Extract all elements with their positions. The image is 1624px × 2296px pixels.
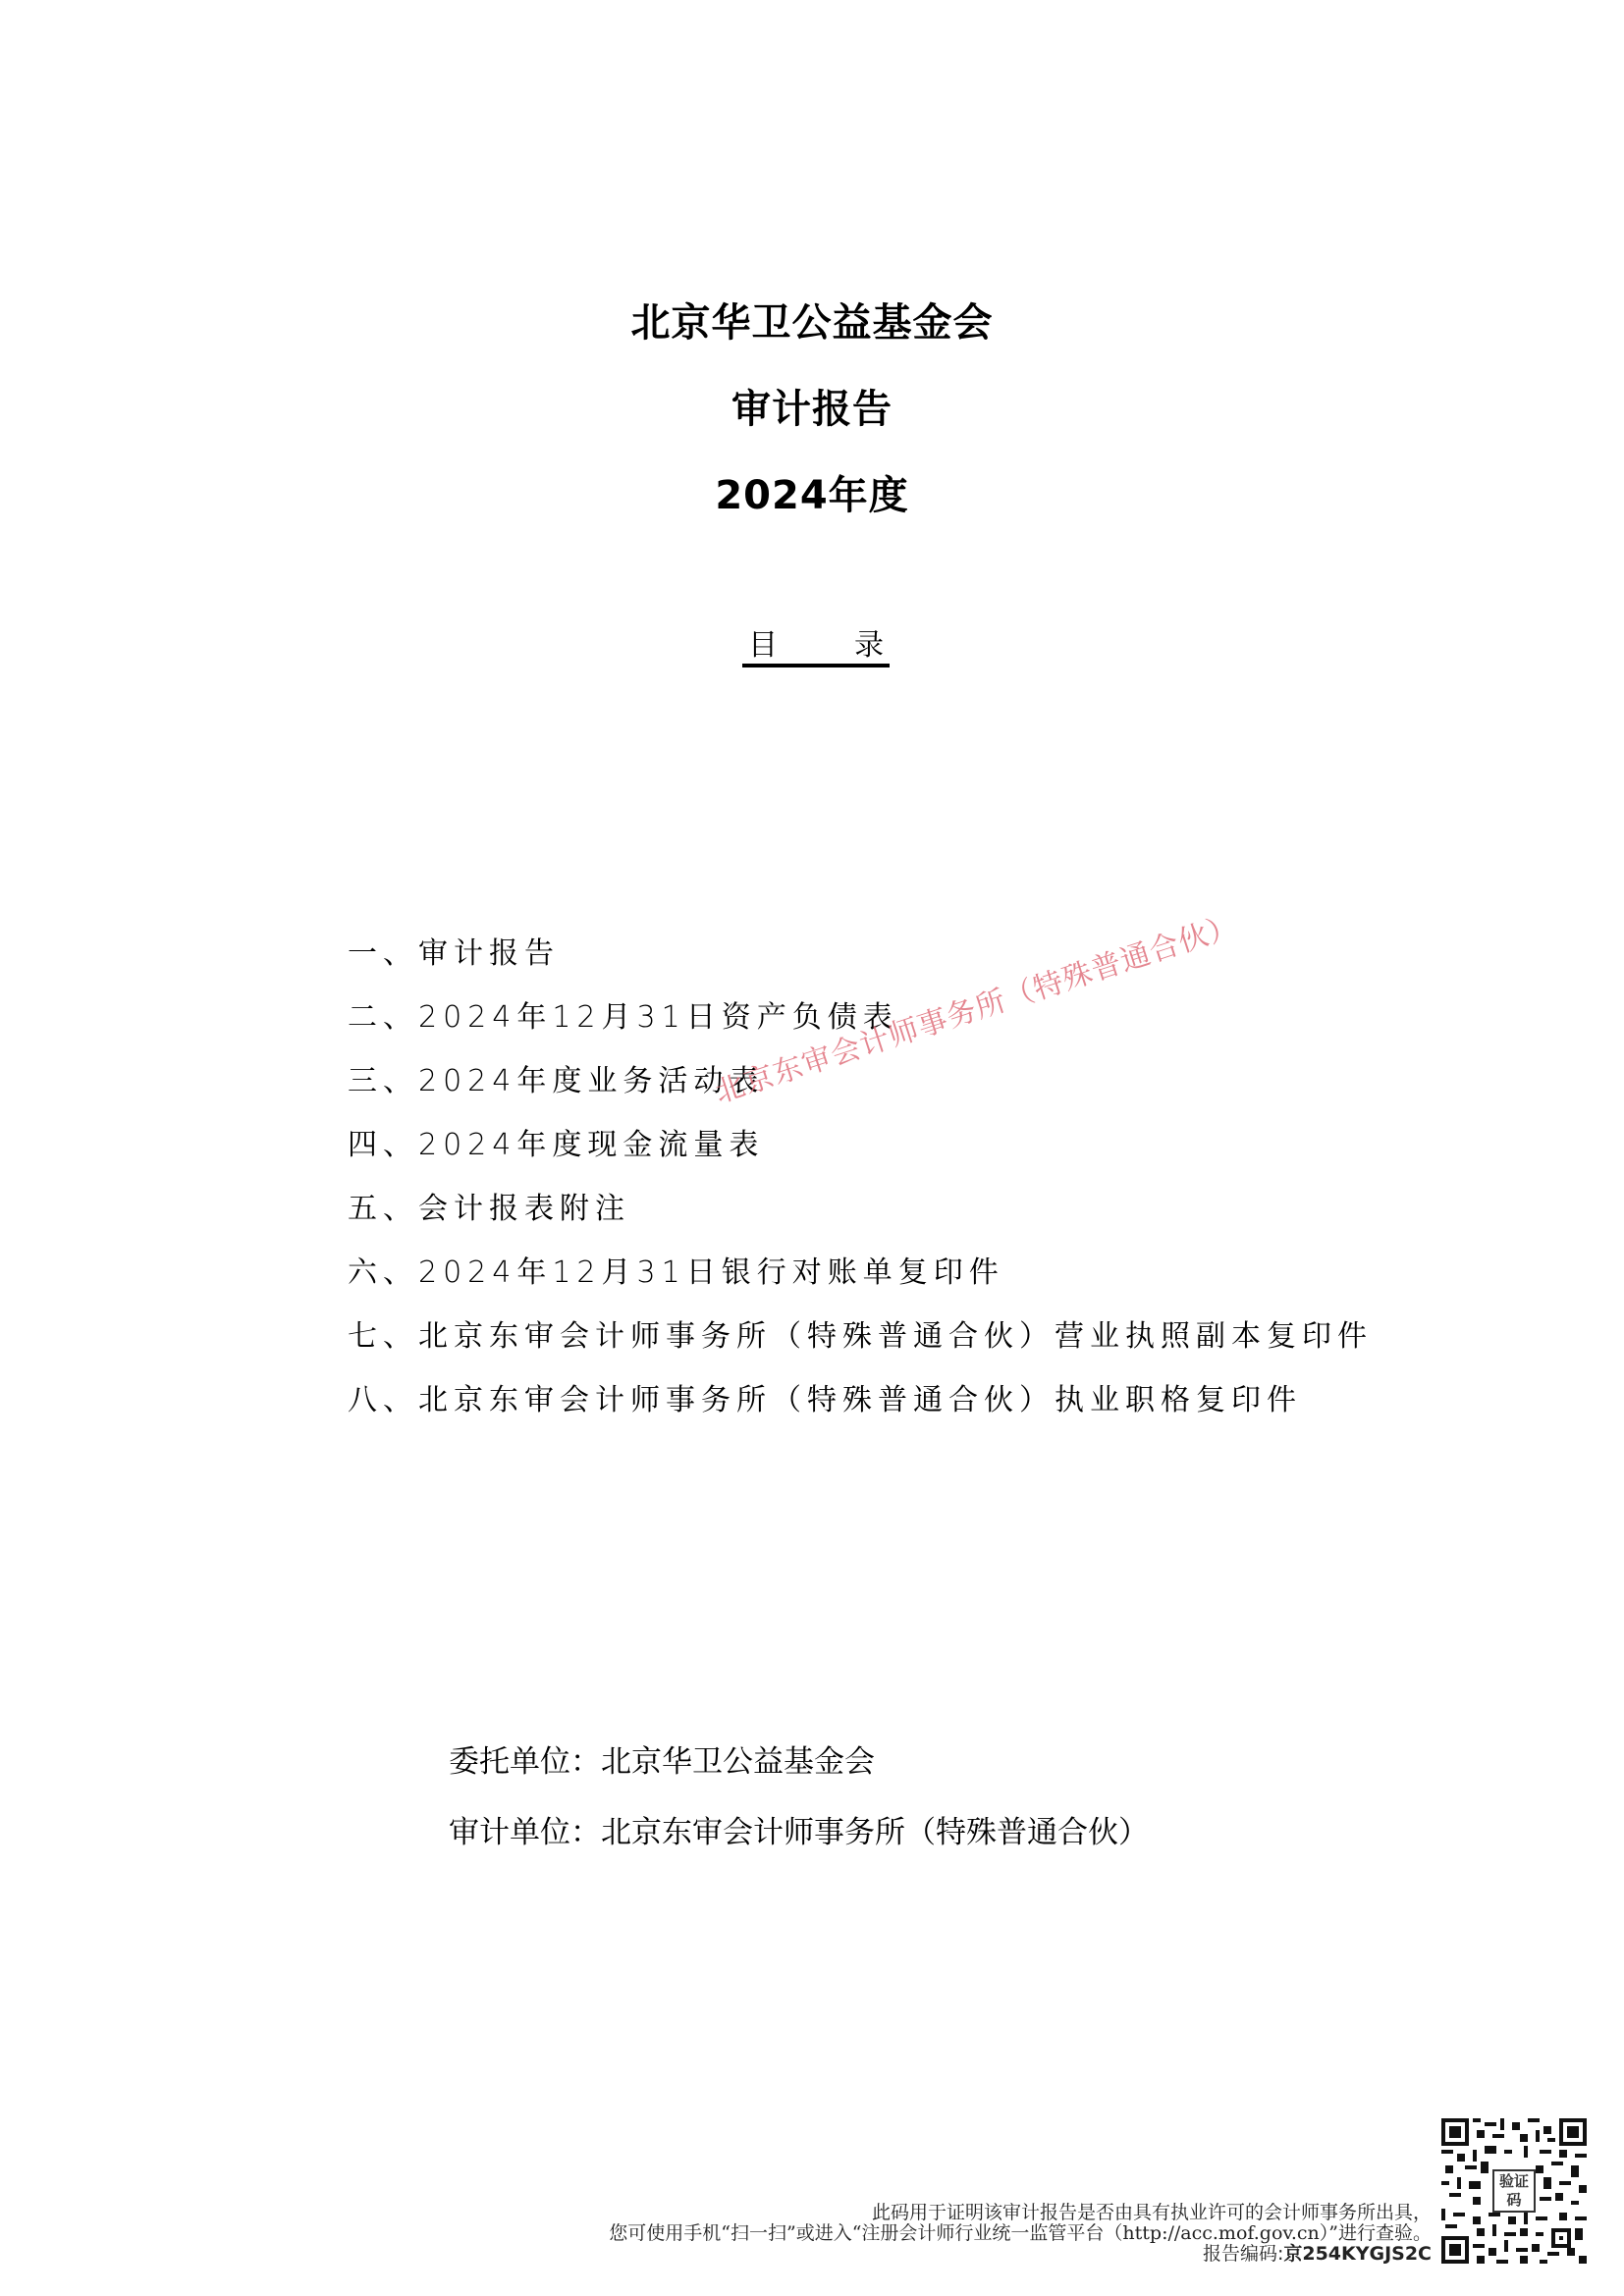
verification-qr-code[interactable]: 验证码 — [1441, 2118, 1587, 2264]
toc-heading-left: 目 — [748, 628, 778, 664]
report-code-label: 报告编码: — [1203, 2243, 1283, 2265]
toc-heading: 目 录 — [742, 628, 890, 667]
toc-item: 四、2024年度现金流量表 — [348, 1126, 1373, 1190]
parties-block: 委托单位：北京华卫公益基金会 审计单位：北京东审会计师事务所（特殊普通合伙） — [449, 1742, 1149, 1884]
organization-title: 北京华卫公益基金会 — [0, 299, 1624, 347]
client-label: 委托单位： — [449, 1744, 601, 1780]
auditor-label: 审计单位： — [449, 1815, 601, 1850]
toc-heading-right: 录 — [854, 628, 884, 664]
qr-verify-badge: 验证码 — [1492, 2169, 1536, 2213]
toc-item: 六、2024年12月31日银行对账单复印件 — [348, 1254, 1373, 1317]
report-code-value: 京254KYGJS2C — [1283, 2243, 1432, 2265]
auditor-row: 审计单位：北京东审会计师事务所（特殊普通合伙） — [449, 1813, 1149, 1884]
auditor-value: 北京东审会计师事务所（特殊普通合伙） — [601, 1815, 1149, 1850]
toc-item: 三、2024年度业务活动表 — [348, 1062, 1373, 1126]
verification-line-1: 此码用于证明该审计报告是否由具有执业许可的会计师事务所出具， — [609, 2203, 1432, 2223]
table-of-contents: 一、审计报告 二、2024年12月31日资产负债表 三、2024年度业务活动表 … — [348, 934, 1373, 1445]
verification-notice: 此码用于证明该审计报告是否由具有执业许可的会计师事务所出具， 您可使用手机“扫一… — [609, 2203, 1432, 2265]
client-value: 北京华卫公益基金会 — [601, 1744, 875, 1780]
report-type-title: 审计报告 — [0, 386, 1624, 433]
client-row: 委托单位：北京华卫公益基金会 — [449, 1742, 1149, 1813]
toc-item: 五、会计报表附注 — [348, 1190, 1373, 1254]
report-year-title: 2024年度 — [0, 472, 1624, 519]
report-code-line: 报告编码:京254KYGJS2C — [609, 2244, 1432, 2265]
toc-item: 八、北京东审会计师事务所（特殊普通合伙）执业职格复印件 — [348, 1381, 1373, 1445]
verification-line-2: 您可使用手机“扫一扫”或进入“注册会计师行业统一监管平台（http://acc.… — [609, 2223, 1432, 2244]
toc-item: 七、北京东审会计师事务所（特殊普通合伙）营业执照副本复印件 — [348, 1317, 1373, 1381]
